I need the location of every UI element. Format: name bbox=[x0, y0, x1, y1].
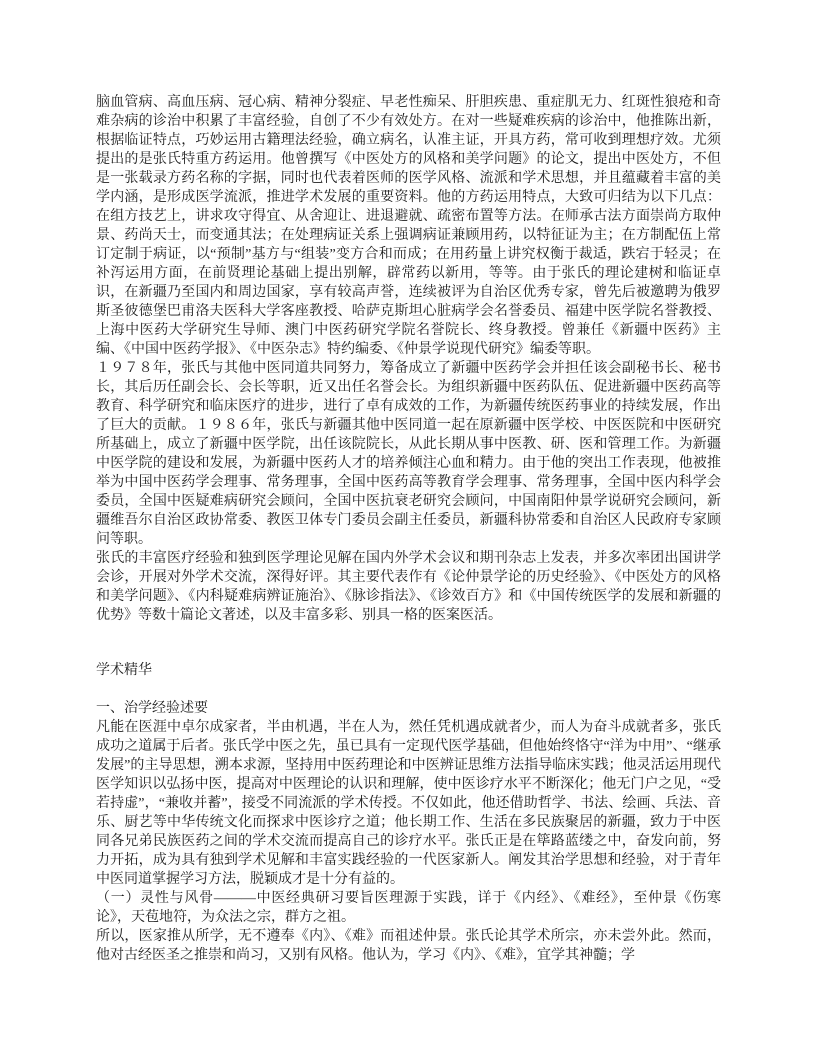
paragraph-publications: 张氏的丰富医疗经验和独到医学理论见解在国内外学术会议和期刊杂志上发表，并多次率团… bbox=[96, 549, 721, 625]
section-heading-academic-essence: 学术精华 bbox=[96, 661, 721, 680]
paragraph-association-posts: １９７８年，张氏与其他中医同道共同努力，筹备成立了新疆中医药学会并担任该会副秘书… bbox=[96, 359, 721, 549]
document-content: 脑血管病、高血压病、冠心病、精神分裂症、早老性痴呆、肝胆疾患、重症肌无力、红斑性… bbox=[96, 93, 721, 965]
paragraph-biography-clinical: 脑血管病、高血压病、冠心病、精神分裂症、早老性痴呆、肝胆疾患、重症肌无力、红斑性… bbox=[96, 93, 721, 359]
document-page: 脑血管病、高血压病、冠心病、精神分裂症、早老性痴呆、肝胆疾患、重症肌无力、红斑性… bbox=[0, 0, 816, 1056]
paragraph-study-approach: 凡能在医涯中卓尔成家者，半由机遇，半在人为，然任凭机遇成就者少，而人为奋斗成就者… bbox=[96, 718, 721, 889]
subsection-heading-study-experience: 一、治学经验述要 bbox=[96, 699, 721, 718]
paragraph-classics-spirit: （一）灵性与风骨———中医经典研习要旨医理源于实践，详于《内经》、《难经》，至仲… bbox=[96, 889, 721, 927]
paragraph-classics-following: 所以，医家推从所学，无不遵奉《内》、《难》而祖述仲景。张氏论其学术所宗，亦未尝外… bbox=[96, 927, 721, 965]
